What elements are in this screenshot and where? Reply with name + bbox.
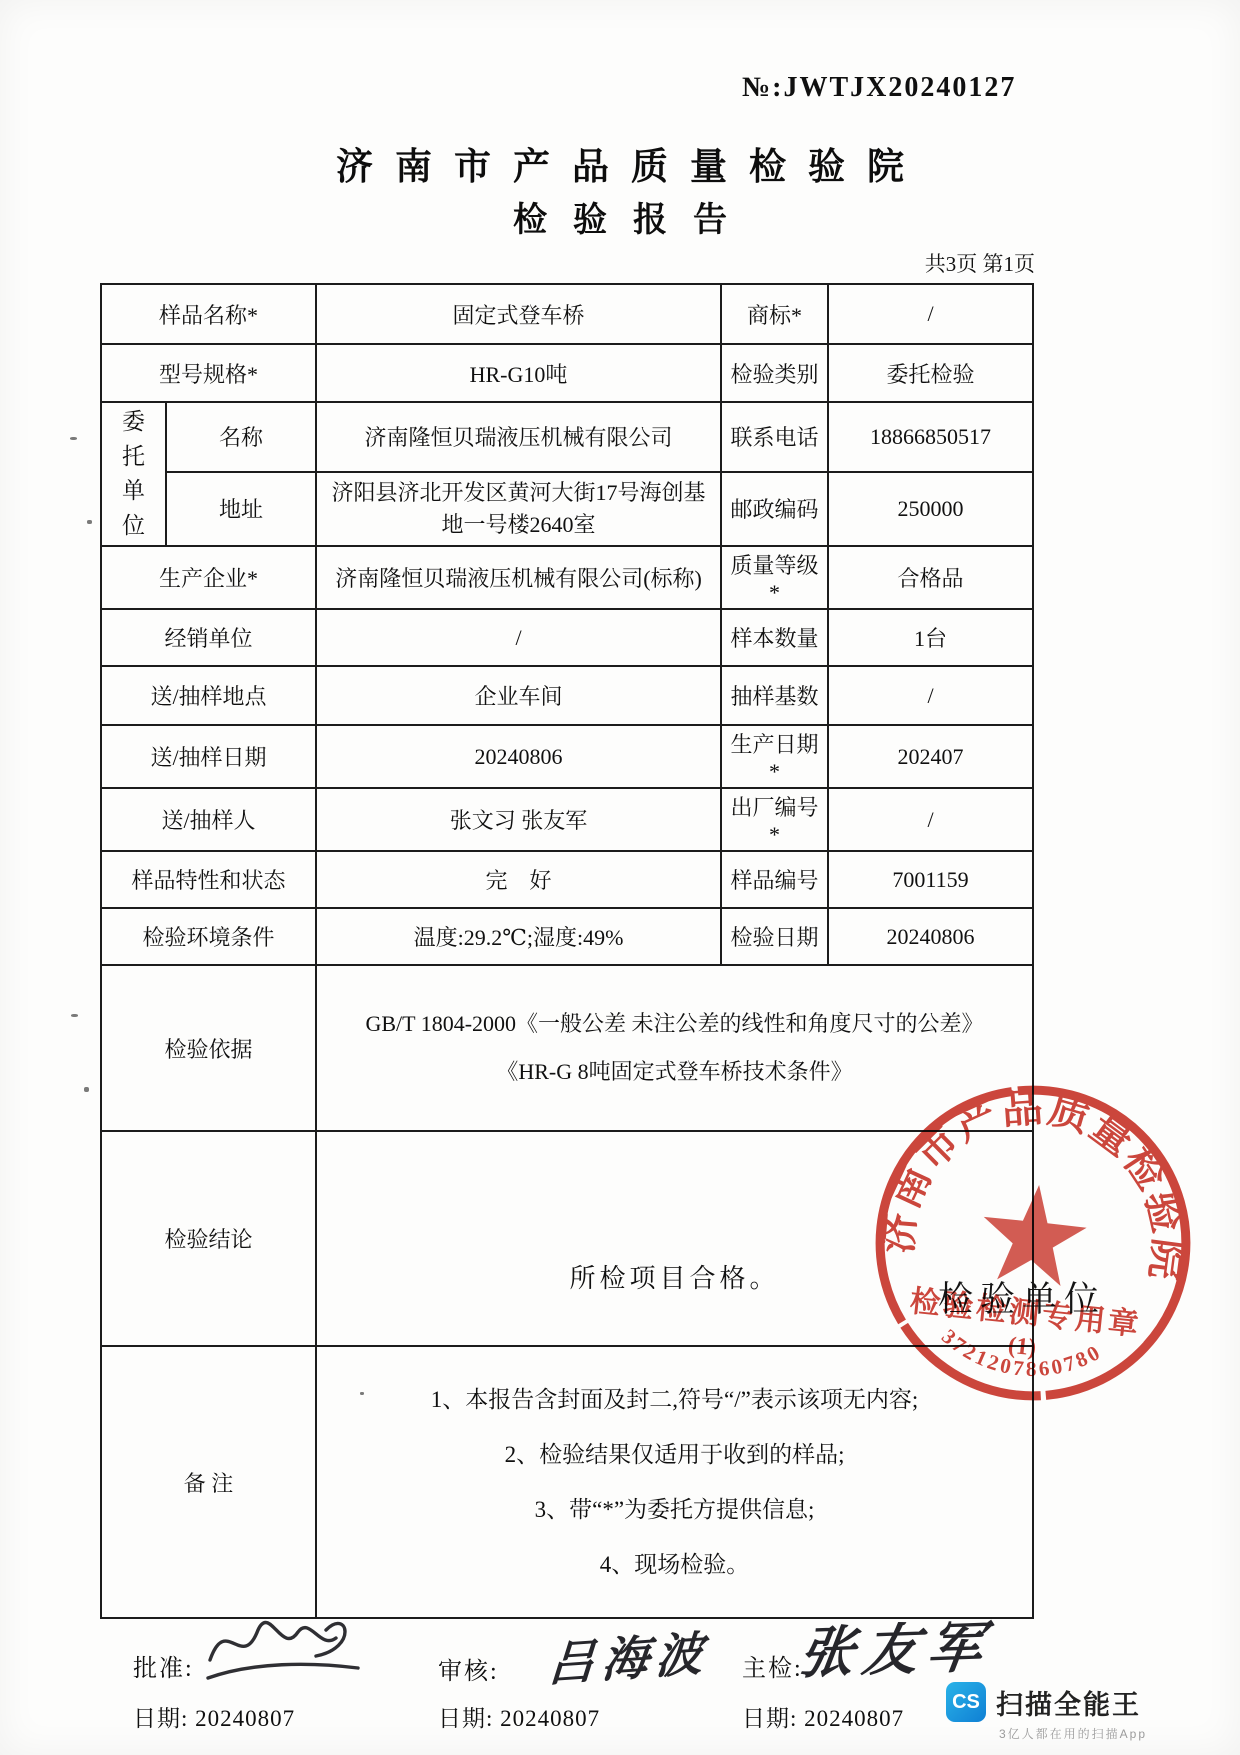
official-stamp: 济南市产品质量检验院 检验检测专用章 (1) 3721207860780 <box>843 1053 1223 1433</box>
field-value: 250000 <box>828 472 1033 546</box>
review-label: 审核: <box>438 1651 499 1686</box>
field-label: 商标* <box>721 284 828 344</box>
field-value: / <box>828 788 1033 851</box>
field-label: 地址 <box>166 472 316 546</box>
conclusion-label: 检验结论 <box>101 1131 316 1346</box>
field-value: 张文习 张友军 <box>316 788 721 851</box>
field-value: / <box>316 609 721 666</box>
scan-speck <box>71 1014 78 1017</box>
field-value: 济阳县济北开发区黄河大街17号海创基地一号楼2640室 <box>316 472 721 546</box>
approve-date: 日期: 20240807 <box>133 1700 295 1733</box>
table-row: 送/抽样日期 20240806 生产日期* 202407 <box>101 725 1033 788</box>
scan-speck <box>360 1392 364 1395</box>
table-row: 经销单位 / 样本数量 1台 <box>101 609 1033 666</box>
field-label: 检验环境条件 <box>101 908 316 965</box>
field-label: 送/抽样日期 <box>101 725 316 788</box>
inspector-signature: 张友军 <box>794 1602 997 1688</box>
field-value: 企业车间 <box>316 666 721 725</box>
field-label: 联系电话 <box>721 402 828 472</box>
consignor-group-cell: 委托单位 <box>101 402 166 546</box>
field-label: 检验类别 <box>721 344 828 402</box>
field-label: 生产日期* <box>721 725 828 788</box>
field-value: 委托检验 <box>828 344 1033 402</box>
field-value: / <box>828 666 1033 725</box>
table-row: 送/抽样地点 企业车间 抽样基数 / <box>101 666 1033 725</box>
field-value: 20240806 <box>828 908 1033 965</box>
table-row: 样品特性和状态 完 好 样品编号 7001159 <box>101 851 1033 908</box>
field-value: 合格品 <box>828 546 1033 609</box>
inspection-report-page: №:JWTJX20240127 济南市产品质量检验院 检验报告 共3页 第1页 … <box>0 0 1240 1755</box>
field-value: 完 好 <box>316 851 721 908</box>
page-indicator: 共3页 第1页 <box>905 248 1035 278</box>
field-label: 样品编号 <box>721 851 828 908</box>
field-label: 型号规格* <box>101 344 316 402</box>
field-value: HR-G10吨 <box>316 344 721 402</box>
field-value: 温度:29.2℃;湿度:49% <box>316 908 721 965</box>
basis-label: 检验依据 <box>101 965 316 1131</box>
field-value: 7001159 <box>828 851 1033 908</box>
approver-signature <box>198 1598 368 1698</box>
table-row: 生产企业* 济南隆恒贝瑞液压机械有限公司(标称) 质量等级* 合格品 <box>101 546 1033 609</box>
review-date: 日期: 20240807 <box>438 1700 600 1733</box>
report-number: №:JWTJX20240127 <box>742 72 1016 104</box>
field-value: 济南隆恒贝瑞液压机械有限公司(标称) <box>316 546 721 609</box>
field-label: 抽样基数 <box>721 666 828 725</box>
table-row: 型号规格* HR-G10吨 检验类别 委托检验 <box>101 344 1033 402</box>
field-value: 202407 <box>828 725 1033 788</box>
field-value: 18866850517 <box>828 402 1033 472</box>
stamp-star-icon <box>977 1180 1090 1289</box>
scanner-tagline: 3亿人都在用的扫描App <box>999 1725 1147 1742</box>
table-row: 样品名称* 固定式登车桥 商标* / <box>101 284 1033 344</box>
inspect-label: 主检: <box>742 1648 803 1683</box>
field-label: 生产企业* <box>101 546 316 609</box>
remark-line: 2、检验结果仅适用于收到的样品; <box>323 1427 1026 1482</box>
table-row: 地址 济阳县济北开发区黄河大街17号海创基地一号楼2640室 邮政编码 2500… <box>101 472 1033 546</box>
table-row: 检验环境条件 温度:29.2℃;湿度:49% 检验日期 20240806 <box>101 908 1033 965</box>
scan-speck <box>70 437 77 440</box>
field-label: 样品名称* <box>101 284 316 344</box>
approve-label: 批准: <box>133 1648 194 1683</box>
field-value: / <box>828 284 1033 344</box>
consignor-group-label: 委托单位 <box>121 405 147 543</box>
field-label: 送/抽样人 <box>101 788 316 851</box>
report-table: 样品名称* 固定式登车桥 商标* / 型号规格* HR-G10吨 检验类别 委托… <box>100 283 1034 1619</box>
field-value: 固定式登车桥 <box>316 284 721 344</box>
table-row: 委托单位 名称 济南隆恒贝瑞液压机械有限公司 联系电话 18866850517 <box>101 402 1033 472</box>
field-label: 出厂编号* <box>721 788 828 851</box>
reviewer-signature: 吕海波 <box>546 1616 712 1695</box>
field-label: 经销单位 <box>101 609 316 666</box>
field-label: 名称 <box>166 402 316 472</box>
report-subtitle: 检验报告 <box>487 202 753 239</box>
camscanner-badge: CS 扫描全能王 3亿人都在用的扫描App <box>946 1682 1147 1742</box>
scan-speck <box>84 1087 89 1092</box>
field-label: 邮政编码 <box>721 472 828 546</box>
table-row: 送/抽样人 张文习 张友军 出厂编号* / <box>101 788 1033 851</box>
cs-logo: CS <box>946 1682 986 1722</box>
remark-line: 3、带“*”为委托方提供信息; <box>323 1482 1026 1537</box>
field-label: 质量等级* <box>721 546 828 609</box>
field-label: 样品特性和状态 <box>101 851 316 908</box>
report-title: 济南市产品质量检验院 <box>314 147 926 188</box>
field-value: 济南隆恒贝瑞液压机械有限公司 <box>316 402 721 472</box>
basis-line1: GB/T 1804-2000《一般公差 未注公差的线性和角度尺寸的公差》 <box>323 1000 1026 1048</box>
field-value: 1台 <box>828 609 1033 666</box>
field-label: 样本数量 <box>721 609 828 666</box>
scan-speck <box>87 520 92 524</box>
field-label: 送/抽样地点 <box>101 666 316 725</box>
remarks-label: 备 注 <box>101 1346 316 1618</box>
remark-line: 4、现场检验。 <box>323 1537 1026 1592</box>
scanner-app-name: 扫描全能王 <box>996 1683 1141 1722</box>
field-value: 20240806 <box>316 725 721 788</box>
field-label: 检验日期 <box>721 908 828 965</box>
inspect-date: 日期: 20240807 <box>742 1700 904 1733</box>
